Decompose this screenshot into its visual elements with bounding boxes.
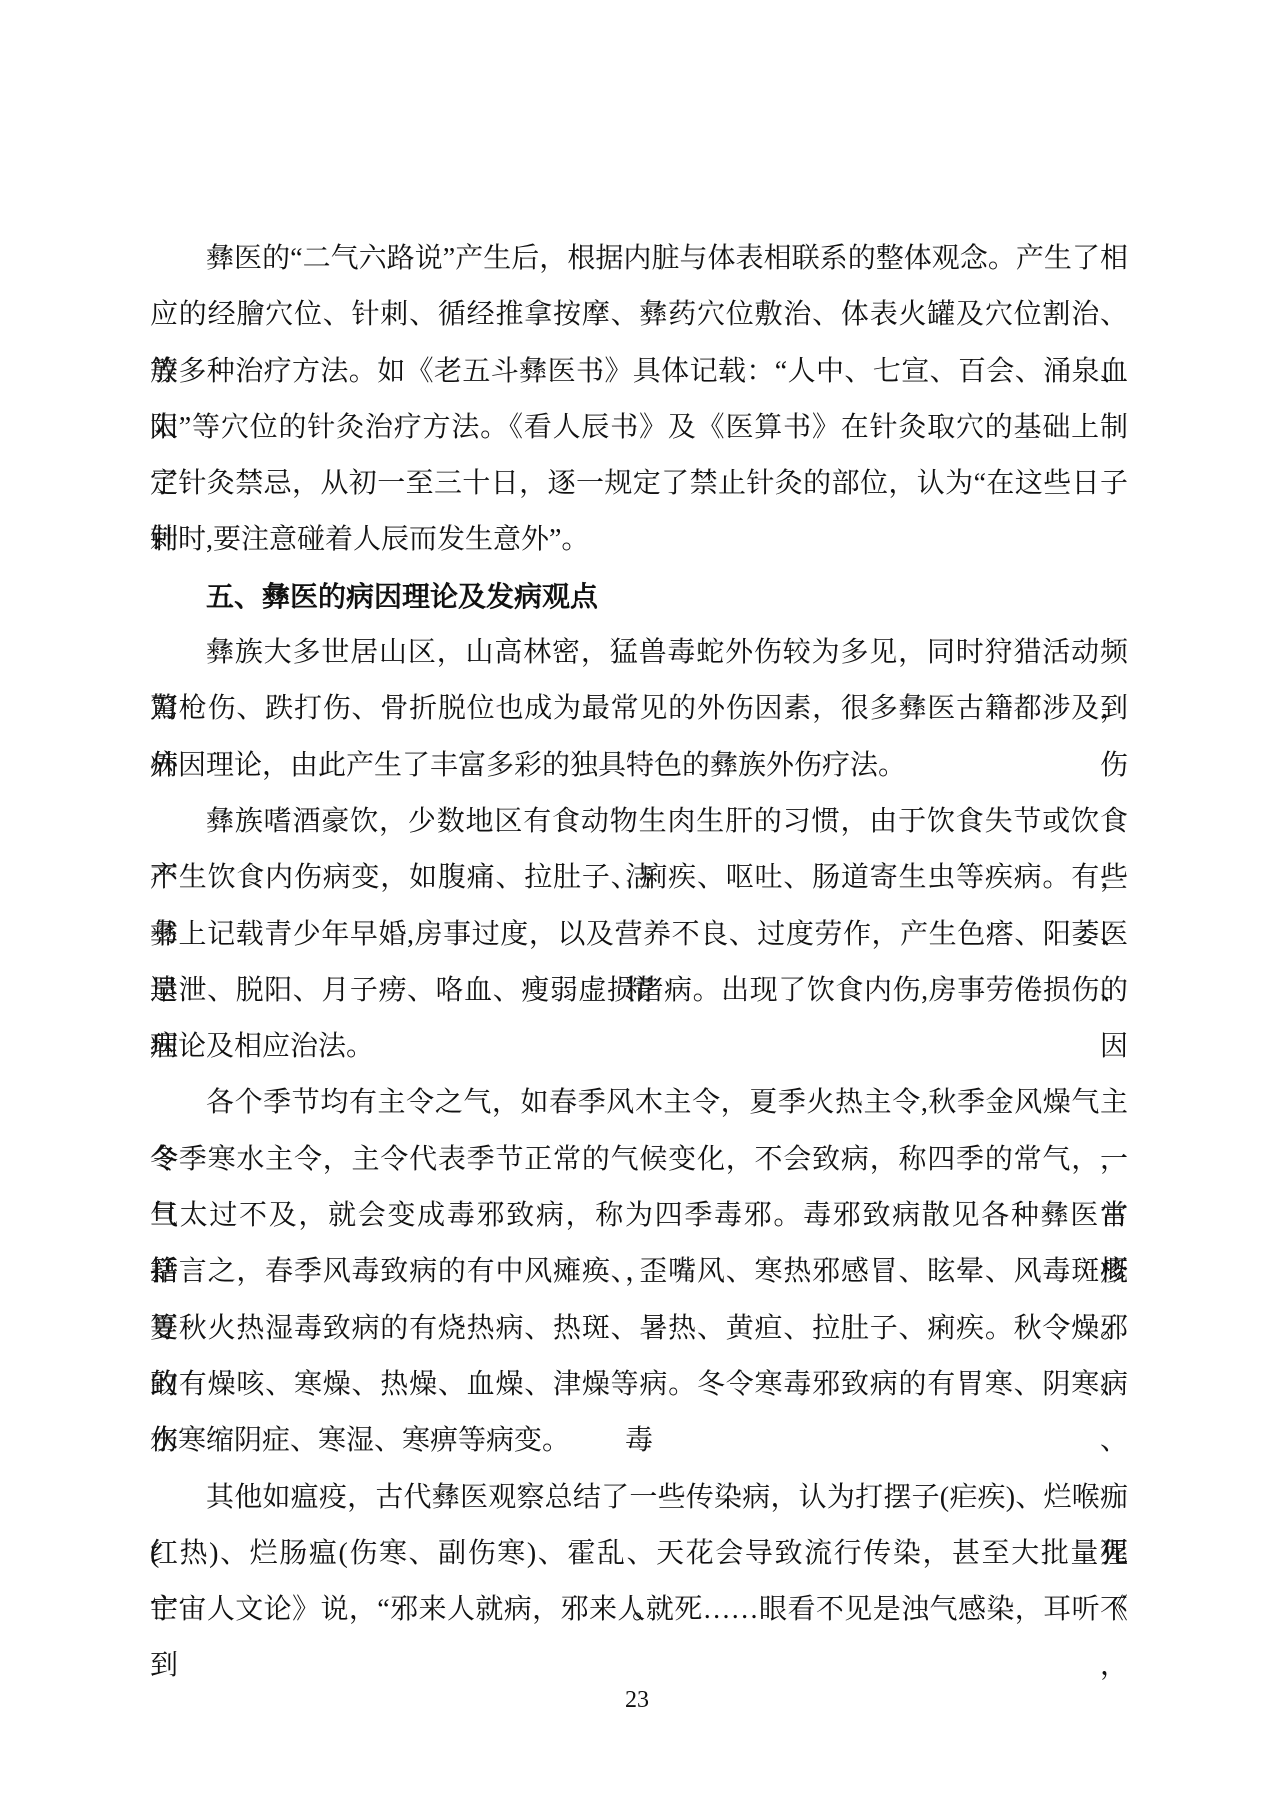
paragraph: 彝族嗜酒豪饮，少数地区有食动物生肉生肝的习惯，由于饮食失节或饮食不洁，产生饮食内… — [150, 794, 1128, 1075]
paragraph: 其他如瘟疫，古代彝医观察总结了一些传染病，认为打摆子(疟疾)、烂喉痂(猩红热)、… — [150, 1470, 1128, 1639]
text-line: 了针灸禁忌，从初一至三十日，逐一规定了禁止针灸的部位，认为“在这些日子针 — [150, 456, 1128, 512]
text-line: 应的经膾穴位、针刺、循经推拿按摩、彝药穴位敷治、体表火罐及穴位割治、放血 — [150, 287, 1128, 343]
text-line: 各个季节均有主令之气，如春季风木主令，夏季火热主令,秋季金风燥气主令， — [150, 1075, 1128, 1131]
text-line: 宇宙人文论》说，“邪来人就病，邪来人就死……眼看不见是浊气感染，耳听不到， — [150, 1582, 1128, 1638]
text-line: 产生饮食内伤病变，如腹痛、拉肚子、痢疾、呕吐、肠道寄生虫等疾病。有些彝医 — [150, 850, 1128, 906]
paragraph: 各个季节均有主令之气，如春季风木主令，夏季火热主令,秋季金风燥气主令，冬季寒水主… — [150, 1075, 1128, 1469]
document-body-text: 彝医的“二气六路说”产生后，根据内脏与体表相联系的整体观念。产生了相应的经膾穴位… — [150, 231, 1128, 1638]
paragraph: 彝族大多世居山区，山高林密，猛兽毒蛇外伤较为多见，同时狩猎活动频驚，刀枪伤、跌打… — [150, 625, 1128, 794]
page-number: 23 — [0, 1684, 1274, 1716]
text-line: 阳”等穴位的针灸治疗方法。《看人辰书》及《医算书》在针灸取穴的基础上制定 — [150, 400, 1128, 456]
text-line: 其他如瘟疫，古代彝医观察总结了一些传染病，认为打摆子(疟疾)、烂喉痂(猩 — [150, 1470, 1128, 1526]
document-page: 彝医的“二气六路说”产生后，根据内脏与体表相联系的整体观念。产生了相应的经膾穴位… — [0, 0, 1274, 1801]
text-line: 等多种治疗方法。如《老五斗彝医书》具体记载：“人中、七宣、百会、涌泉、太 — [150, 344, 1128, 400]
text-line: 彝族大多世居山区，山高林密，猛兽毒蛇外伤较为多见，同时狩猎活动频驚， — [150, 625, 1128, 681]
text-line: 彝族嗜酒豪饮，少数地区有食动物生肉生肝的习惯，由于饮食失节或饮食不洁， — [150, 794, 1128, 850]
paragraph: 彝医的“二气六路说”产生后，根据内脏与体表相联系的整体观念。产生了相应的经膾穴位… — [150, 231, 1128, 569]
text-line: 冬季寒水主令，主令代表季节正常的气候变化，不会致病，称四季的常气，一旦常 — [150, 1132, 1128, 1188]
heading-line: 五、彝医的病因理论及发病观点 — [150, 569, 1128, 625]
text-line: 刺时,要注意碰着人辰而发生意外”。 — [150, 512, 1128, 568]
text-line: 气太过不及，就会变成毒邪致病，称为四季毒邪。毒邪致病散见各种彝医古籍，概 — [150, 1188, 1128, 1244]
text-line: 红热)、烂肠瘟(伤寒、副伤寒)、霍乱、天花会导致流行传染，甚至大批量死亡。《 — [150, 1526, 1128, 1582]
text-line: 的有燥咳、寒燥、热燥、血燥、津燥等病。冬令寒毒邪致病的有胃寒、阴寒、水毒、 — [150, 1357, 1128, 1413]
text-line: 刀枪伤、跌打伤、骨折脱位也成为最常见的外伤因素，很多彝医古籍都涉及到外伤 — [150, 681, 1128, 737]
text-line: 书上记载青少年早婚,房事过度，以及营养不良、过度劳作，产生色瘩、阳萎、遗精、 — [150, 907, 1128, 963]
section-heading: 五、彝医的病因理论及发病观点 — [150, 569, 1128, 625]
text-line: 括言之，春季风毒致病的有中风瘫痪、歪嘴风、寒热邪感冒、眩晕、风毒斑疹等。 — [150, 1244, 1128, 1300]
text-line: 早泄、脱阳、月子痨、咯血、瘦弱虚损诸病。出现了饮食内伤,房事劳倦损伤的病因 — [150, 963, 1128, 1019]
text-line: 彝医的“二气六路说”产生后，根据内脏与体表相联系的整体观念。产生了相 — [150, 231, 1128, 287]
text-line: 夏秋火热湿毒致病的有烧热病、热斑、暑热、黄疸、拉肚子、痢疾。秋令燥邪致病 — [150, 1301, 1128, 1357]
